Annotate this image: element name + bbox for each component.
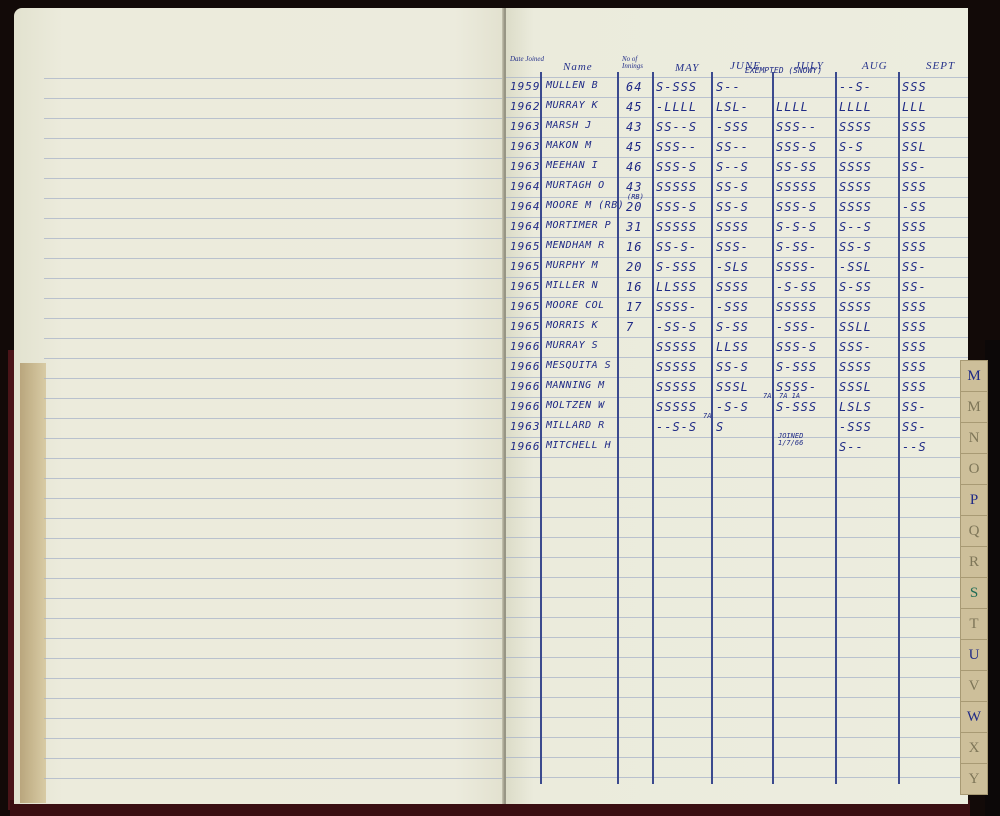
ruled-line [44, 718, 504, 719]
cell-july: LLLL [776, 100, 809, 114]
cell-june: S-- [716, 80, 741, 94]
cell-innings: 43 [626, 180, 642, 194]
header-may: MAY [675, 62, 699, 74]
index-tab-w[interactable]: W [960, 701, 988, 733]
cell-name: MENDHAM R [546, 240, 605, 251]
cell-name: MESQUITA S [546, 360, 611, 371]
cell-aug: S--S [839, 220, 872, 234]
ruled-line [44, 778, 504, 779]
ruled-line [44, 118, 504, 119]
annotation-7a-3: 7A 1A [779, 393, 800, 400]
ruled-line [44, 738, 504, 739]
cell-year: 1959 [510, 80, 541, 93]
cell-may: -SS-S [656, 320, 697, 334]
cell-year: 1965 [510, 300, 541, 313]
cell-year: 1965 [510, 240, 541, 253]
ruled-line [44, 438, 504, 439]
cell-year: 1963 [510, 160, 541, 173]
cell-aug: SSS- [839, 340, 872, 354]
header-aug: AUG [862, 60, 888, 72]
cell-name: MANNING M [546, 380, 605, 391]
ruled-line [44, 98, 504, 99]
annotation-joined: JOINED 1/7/66 [778, 433, 818, 447]
cell-june: SSSS [716, 280, 749, 294]
cell-innings: 17 [626, 300, 642, 314]
cell-name: MORTIMER P [546, 220, 611, 231]
cell-aug: SSLL [839, 320, 872, 334]
ruled-line [44, 478, 504, 479]
ruled-line [44, 158, 504, 159]
cell-name: MURTAGH O [546, 180, 605, 191]
index-tab-s[interactable]: S [960, 577, 988, 609]
ruled-line [44, 658, 504, 659]
cell-july: S-S-S [776, 220, 817, 234]
cell-innings: 16 [626, 240, 642, 254]
cell-innings: 43 [626, 120, 642, 134]
header-innings: No of Innings [622, 56, 652, 70]
cell-name: MURRAY S [546, 340, 598, 351]
header-name: Name [563, 61, 593, 73]
ruled-line [44, 518, 504, 519]
cell-year: 1966 [510, 360, 541, 373]
cell-may: SSS-S [656, 200, 697, 214]
ruled-line [44, 78, 504, 79]
cell-sept: SSS [902, 240, 927, 254]
cell-june: SS-S [716, 360, 749, 374]
cell-july: S-SSS [776, 360, 817, 374]
cell-sept: --S [902, 440, 927, 454]
cell-sept: SSS [902, 120, 927, 134]
cell-sept: SSS [902, 80, 927, 94]
cell-may: SSSSS [656, 340, 697, 354]
cell-name: MARSH J [546, 120, 592, 131]
ruled-line [44, 178, 504, 179]
annotation-exempted: EXEMPTED (SNOWY) [745, 67, 822, 74]
cell-may: SSSSS [656, 180, 697, 194]
index-tab-q[interactable]: Q [960, 515, 988, 547]
cell-name: MORRIS K [546, 320, 598, 331]
cell-year: 1966 [510, 440, 541, 453]
cell-sept: SS- [902, 420, 927, 434]
cell-innings: 45 [626, 140, 642, 154]
cell-july: SSS-S [776, 200, 817, 214]
index-tabs: MMNOPQRSTUVWXY [960, 360, 990, 800]
cell-sept: SSS [902, 220, 927, 234]
cell-name: MILLER N [546, 280, 598, 291]
cell-sept: -SS [902, 200, 927, 214]
cell-may: --S-S [656, 420, 697, 434]
cell-sept: SSS [902, 340, 927, 354]
cell-may: LLSSS [656, 280, 697, 294]
cell-june: SSSL [716, 380, 749, 394]
cell-june: S-SS [716, 320, 749, 334]
index-tab-v[interactable]: V [960, 670, 988, 702]
cell-innings: 20 [626, 260, 642, 274]
ruled-line [44, 618, 504, 619]
column-divider [617, 72, 619, 784]
cell-year: 1963 [510, 120, 541, 133]
cell-sept: SS- [902, 400, 927, 414]
index-tab-o[interactable]: O [960, 453, 988, 485]
cell-year: 1966 [510, 380, 541, 393]
ruled-line [44, 298, 504, 299]
ruled-line [44, 498, 504, 499]
index-tab-x[interactable]: X [960, 732, 988, 764]
header-sept: SEPT [926, 60, 955, 72]
cell-may: SSSSS [656, 400, 697, 414]
cell-aug: SSSL [839, 380, 872, 394]
column-divider [835, 72, 837, 784]
cell-june: SS-S [716, 180, 749, 194]
cell-name: MURPHY M [546, 260, 598, 271]
cell-aug: SSSS [839, 200, 872, 214]
ruled-line [44, 318, 504, 319]
header-date-joined: Date Joined [510, 56, 540, 63]
ruled-line [44, 458, 504, 459]
cell-sept: SS- [902, 260, 927, 274]
annotation-7a-1: 7A [763, 393, 771, 400]
cell-name: MEEHAN I [546, 160, 598, 171]
index-tab-y[interactable]: Y [960, 763, 988, 795]
cell-aug: S-SS [839, 280, 872, 294]
ruled-line [44, 598, 504, 599]
cell-aug: LSLS [839, 400, 872, 414]
cell-innings: 7 [626, 320, 634, 334]
cell-june: SS-S [716, 200, 749, 214]
ruled-line [44, 698, 504, 699]
cell-may: SSS-- [656, 140, 697, 154]
ruled-line [44, 138, 504, 139]
cell-may: SSSS- [656, 300, 697, 314]
cell-year: 1964 [510, 200, 541, 213]
cell-sept: SSS [902, 180, 927, 194]
cell-aug: SSSS [839, 160, 872, 174]
ruled-line [44, 558, 504, 559]
cell-sept: SSL [902, 140, 927, 154]
cell-may: SS--S [656, 120, 697, 134]
cell-june: LSL- [716, 100, 749, 114]
annotation-rb: (RB) [627, 194, 644, 201]
cell-sept: SS- [902, 280, 927, 294]
ruled-line [44, 238, 504, 239]
index-tab-r[interactable]: R [960, 546, 988, 578]
ruled-line [44, 578, 504, 579]
cell-year: 1963 [510, 140, 541, 153]
index-tab-u[interactable]: U [960, 639, 988, 671]
ruled-line [44, 678, 504, 679]
cell-name: MOORE COL [546, 300, 605, 311]
cell-aug: --S- [839, 80, 872, 94]
ruled-line [44, 378, 504, 379]
cell-innings: 16 [626, 280, 642, 294]
cell-may: SSSSS [656, 220, 697, 234]
ruled-line [44, 638, 504, 639]
cell-year: 1965 [510, 280, 541, 293]
page-edge-stack [20, 363, 46, 803]
cell-year: 1965 [510, 260, 541, 273]
cell-aug: -SSS [839, 420, 872, 434]
cell-aug: S-- [839, 440, 864, 454]
cell-aug: SSSS [839, 360, 872, 374]
cell-year: 1964 [510, 180, 541, 193]
cell-may: SSSSS [656, 380, 697, 394]
column-divider [772, 72, 774, 784]
cell-innings: 45 [626, 100, 642, 114]
cell-sept: LLL [902, 100, 927, 114]
cell-year: 1964 [510, 220, 541, 233]
cell-july: SSS-- [776, 120, 817, 134]
cell-june: -SSS [716, 120, 749, 134]
cell-sept: SS- [902, 160, 927, 174]
ruled-line [44, 398, 504, 399]
cell-year: 1966 [510, 400, 541, 413]
cell-name: MILLARD R [546, 420, 605, 431]
index-tab-m[interactable]: M [960, 360, 988, 392]
cell-may: SSS-S [656, 160, 697, 174]
cell-name: MOORE M (RB) [546, 200, 624, 211]
cell-name: MAKON M [546, 140, 592, 151]
ruled-line [44, 538, 504, 539]
annotation-7a-2: 7A [703, 413, 711, 420]
cell-june: -S-S [716, 400, 749, 414]
cell-aug: SSSS [839, 120, 872, 134]
ruled-line [44, 358, 504, 359]
cell-july: SSS-S [776, 140, 817, 154]
cell-innings: 31 [626, 220, 642, 234]
ruled-line [44, 418, 504, 419]
cell-june: S [716, 420, 724, 434]
ruled-line [44, 198, 504, 199]
cell-year: 1963 [510, 420, 541, 433]
cell-july: SSSSS [776, 300, 817, 314]
cell-june: S--S [716, 160, 749, 174]
cell-may: -LLLL [656, 100, 697, 114]
cell-year: 1965 [510, 320, 541, 333]
cell-sept: SSS [902, 320, 927, 334]
ruled-line [44, 278, 504, 279]
cell-july: -S-SS [776, 280, 817, 294]
cell-july: SS-SS [776, 160, 817, 174]
cell-aug: SS-S [839, 240, 872, 254]
cell-aug: S-S [839, 140, 864, 154]
cell-july: SSSSS [776, 180, 817, 194]
cell-year: 1966 [510, 340, 541, 353]
index-tab-t[interactable]: T [960, 608, 988, 640]
cell-aug: LLLL [839, 100, 872, 114]
cell-name: MULLEN B [546, 80, 598, 91]
column-divider [652, 72, 654, 784]
cell-year: 1962 [510, 100, 541, 113]
cell-aug: SSSS [839, 300, 872, 314]
cell-sept: SSS [902, 380, 927, 394]
cell-innings: 20 [626, 200, 642, 214]
cell-may: S-SSS [656, 260, 697, 274]
cell-name: MOLTZEN W [546, 400, 605, 411]
cell-innings: 64 [626, 80, 642, 94]
cell-innings: 46 [626, 160, 642, 174]
cell-sept: SSS [902, 300, 927, 314]
index-tab-p[interactable]: P [960, 484, 988, 516]
ruled-line [44, 758, 504, 759]
cell-june: SS-- [716, 140, 749, 154]
ruled-line [44, 218, 504, 219]
cell-june: -SSS [716, 300, 749, 314]
cell-name: MITCHELL H [546, 440, 611, 451]
column-divider [711, 72, 713, 784]
cell-aug: -SSL [839, 260, 872, 274]
ruled-line [44, 338, 504, 339]
cell-june: -SLS [716, 260, 749, 274]
cell-july: SSSS- [776, 260, 817, 274]
index-tab-n[interactable]: N [960, 422, 988, 454]
cell-june: SSS- [716, 240, 749, 254]
cell-july: S-SS- [776, 240, 817, 254]
cell-july: -SSS- [776, 320, 817, 334]
cell-june: SSSS [716, 220, 749, 234]
left-page-blank [14, 8, 504, 804]
cell-may: SS-S- [656, 240, 697, 254]
cell-july: S-SSS [776, 400, 817, 414]
cell-name: MURRAY K [546, 100, 598, 111]
cell-july: SSS-S [776, 340, 817, 354]
cell-june: LLSS [716, 340, 749, 354]
column-divider [898, 72, 900, 784]
ruled-line [44, 258, 504, 259]
cell-may: SSSSS [656, 360, 697, 374]
cell-sept: SSS [902, 360, 927, 374]
index-tab-m[interactable]: M [960, 391, 988, 423]
cell-may: S-SSS [656, 80, 697, 94]
cell-aug: SSSS [839, 180, 872, 194]
